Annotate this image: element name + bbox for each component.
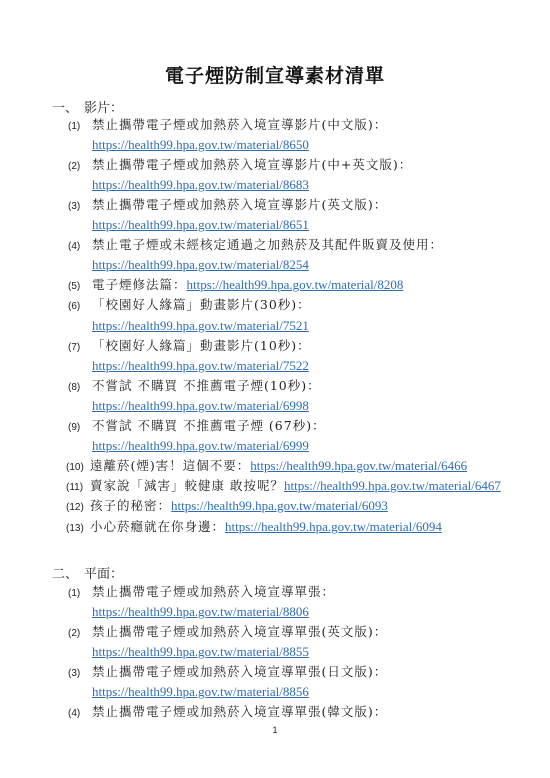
item-index: (2) [68,159,92,175]
item-index: (1) [68,586,92,602]
material-link[interactable]: https://health99.hpa.gov.tw/material/885… [92,684,309,699]
list-item: (8)不嘗試 不購買 不推薦電子煙(10秒)： [68,378,321,396]
item-text: 賣家說「減害」較健康 敢按呢？ [90,478,284,493]
material-link[interactable]: https://health99.hpa.gov.tw/material/609… [225,519,442,534]
item-text: 禁止攜帶電子煙或加熱菸入境宣導影片(中文版)： [92,117,387,132]
material-link[interactable]: https://health99.hpa.gov.tw/material/825… [92,257,309,272]
material-link[interactable]: https://health99.hpa.gov.tw/material/820… [187,277,404,292]
item-text: 禁止攜帶電子煙或加熱菸入境宣導單張(英文版)： [92,624,387,639]
material-link[interactable]: https://health99.hpa.gov.tw/material/880… [92,604,309,619]
section-number: 一、 [52,97,84,116]
item-text: 不嘗試 不購買 不推薦電子煙(10秒)： [92,378,321,393]
list-item: (4)禁止電子煙或未經核定通過之加熱菸及其配件販賣及使用： [68,237,443,255]
section-heading-videos: 一、影片： [52,97,123,116]
item-text: 小心菸癮就在你身邊： [90,519,225,534]
list-item: (11)賣家說「減害」較健康 敢按呢？https://health99.hpa.… [66,478,501,496]
item-index: (11) [66,480,90,496]
item-index: (12) [66,500,90,516]
section-number: 二、 [52,563,84,582]
material-link[interactable]: https://health99.hpa.gov.tw/material/865… [92,137,309,152]
item-index: (9) [68,420,92,436]
material-link[interactable]: https://health99.hpa.gov.tw/material/865… [92,217,309,232]
item-text: 禁止攜帶電子煙或加熱菸入境宣導影片(英文版)： [92,197,387,212]
material-link[interactable]: https://health99.hpa.gov.tw/material/646… [250,458,467,473]
material-link[interactable]: https://health99.hpa.gov.tw/material/699… [92,438,309,453]
material-link[interactable]: https://health99.hpa.gov.tw/material/699… [92,398,309,413]
item-text: 電子煙修法篇： [92,277,187,292]
item-index: (4) [68,239,92,255]
list-item: (10)遠離菸(煙)害！這個不要：https://health99.hpa.go… [66,458,467,476]
list-item: (7)「校園好人緣篇」動畫影片(10秒)： [68,338,311,356]
list-item: (5)電子煙修法篇：https://health99.hpa.gov.tw/ma… [68,277,403,295]
item-index: (5) [68,279,92,295]
document-title: 電子煙防制宣導素材清單 [0,61,550,88]
list-item: (1)禁止攜帶電子煙或加熱菸入境宣導單張： [68,584,335,602]
item-index: (8) [68,380,92,396]
list-item: (4)禁止攜帶電子煙或加熱菸入境宣導單張(韓文版)： [68,704,387,722]
list-item: (3)禁止攜帶電子煙或加熱菸入境宣導單張(日文版)： [68,664,387,682]
item-index: (10) [66,460,90,476]
list-item: (1)禁止攜帶電子煙或加熱菸入境宣導影片(中文版)： [68,117,387,135]
item-text: 禁止攜帶電子煙或加熱菸入境宣導單張(韓文版)： [92,704,387,719]
item-text: 禁止攜帶電子煙或加熱菸入境宣導影片(中+英文版)： [92,157,412,172]
item-index: (1) [68,119,92,135]
document-page: 電子煙防制宣導素材清單 一、影片： (1)禁止攜帶電子煙或加熱菸入境宣導影片(中… [0,0,550,778]
section-label: 影片： [84,101,123,116]
item-index: (4) [68,706,92,722]
item-text: 禁止電子煙或未經核定通過之加熱菸及其配件販賣及使用： [92,237,443,252]
material-link[interactable]: https://health99.hpa.gov.tw/material/868… [92,177,309,192]
section-label: 平面： [84,567,123,582]
item-text: 不嘗試 不購買 不推薦電子煙 (67秒)： [92,418,326,433]
item-text: 禁止攜帶電子煙或加熱菸入境宣導單張： [92,584,335,599]
item-text: 禁止攜帶電子煙或加熱菸入境宣導單張(日文版)： [92,664,387,679]
list-item: (2)禁止攜帶電子煙或加熱菸入境宣導影片(中+英文版)： [68,157,412,175]
item-index: (3) [68,666,92,682]
item-text: 「校園好人緣篇」動畫影片(30秒)： [92,297,311,312]
material-link[interactable]: https://health99.hpa.gov.tw/material/752… [92,318,309,333]
item-text: 「校園好人緣篇」動畫影片(10秒)： [92,338,311,353]
material-link[interactable]: https://health99.hpa.gov.tw/material/752… [92,358,309,373]
list-item: (3)禁止攜帶電子煙或加熱菸入境宣導影片(英文版)： [68,197,387,215]
item-index: (6) [68,299,92,315]
item-text: 遠離菸(煙)害！這個不要： [90,458,250,473]
item-index: (3) [68,199,92,215]
list-item: (13)小心菸癮就在你身邊：https://health99.hpa.gov.t… [66,519,442,537]
list-item: (2)禁止攜帶電子煙或加熱菸入境宣導單張(英文版)： [68,624,387,642]
material-link[interactable]: https://health99.hpa.gov.tw/material/646… [284,478,501,493]
item-index: (2) [68,626,92,642]
page-number: 1 [0,725,550,735]
list-item: (6)「校園好人緣篇」動畫影片(30秒)： [68,297,311,315]
item-index: (7) [68,340,92,356]
list-item: (12)孩子的秘密：https://health99.hpa.gov.tw/ma… [66,498,388,516]
material-link[interactable]: https://health99.hpa.gov.tw/material/609… [171,498,388,513]
list-item: (9)不嘗試 不購買 不推薦電子煙 (67秒)： [68,418,326,436]
material-link[interactable]: https://health99.hpa.gov.tw/material/885… [92,644,309,659]
section-heading-print: 二、平面： [52,563,123,582]
item-index: (13) [66,521,90,537]
item-text: 孩子的秘密： [90,498,171,513]
